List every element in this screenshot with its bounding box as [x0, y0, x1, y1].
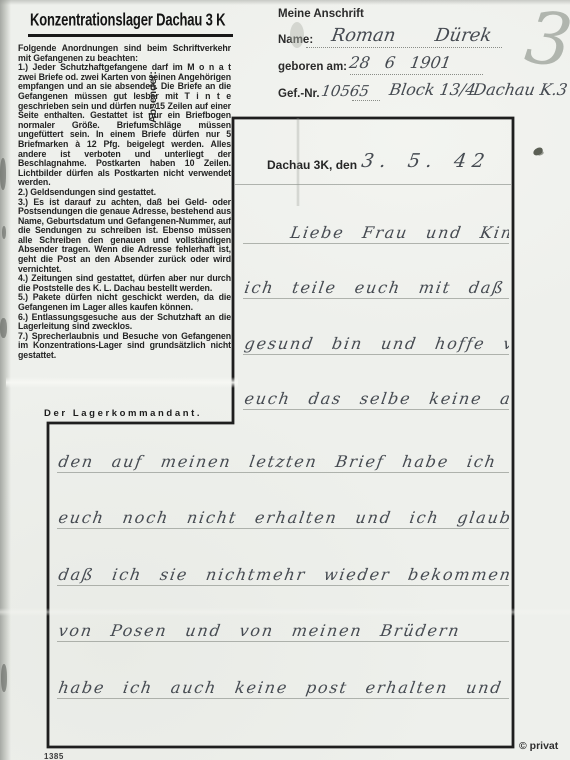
regulation-item-5: 5.) Pakete dürfen nicht geschickt werden…	[18, 293, 231, 312]
date-handwritten-value: 3. 5. 42	[360, 150, 492, 172]
ink-speck	[532, 147, 544, 157]
camp-handwritten: Dachau K.3	[472, 80, 569, 99]
letter-line: ich teile euch mit daß ich	[243, 264, 509, 299]
scan-blemish	[1, 664, 7, 692]
photo-credit: © privat	[519, 740, 558, 752]
number-dotted-line	[352, 100, 380, 101]
letter-line: daß ich sie nichtmehr wieder bekommen	[57, 551, 509, 586]
handwritten-text: habe ich auch keine post erhalten und	[57, 678, 504, 698]
absender-vertical-label: Absender:	[147, 112, 225, 123]
prisoner-number-label: Gef.-Nr.	[278, 88, 320, 100]
letter-line: habe ich auch keine post erhalten und	[57, 664, 509, 699]
born-dotted-line	[350, 74, 483, 75]
paper-crease	[6, 377, 238, 388]
scan-edge-shadow-top	[0, 0, 570, 5]
pencil-page-mark: 3	[521, 0, 570, 84]
handwritten-text: daß ich sie nichtmehr wieder bekommen	[57, 565, 509, 585]
form-number: 1385	[44, 752, 64, 760]
paper-stain	[290, 22, 304, 48]
letterhead-title: Konzentrationslager Dachau 3 K	[30, 11, 223, 31]
handwritten-text: Liebe Frau und Kinder	[243, 223, 509, 243]
date-printed-label: Dachau 3K, den	[267, 158, 357, 172]
regulation-item-1: 1.) Jeder Schutzhaftgefangene darf im M …	[18, 63, 231, 188]
prisoner-number-handwritten: 10565	[320, 82, 371, 100]
regulations-text: Folgende Anordnungen sind beim Schriftve…	[18, 44, 231, 361]
handwritten-text: ich teile euch mit daß ich	[243, 278, 509, 298]
regulation-item-3: 3.) Es ist darauf zu achten, daß bei Gel…	[18, 198, 231, 275]
handwritten-text: von Posen und von meinen Brüdern	[57, 621, 462, 641]
scan-edge-shadow	[0, 0, 11, 760]
sender-form-heading: Meine Anschrift	[278, 8, 364, 20]
regulation-item-6: 6.) Entlassungsgesuche aus der Schutzhaf…	[18, 313, 231, 332]
handwritten-text: euch noch nicht erhalten und ich glaube	[57, 508, 509, 528]
title-underline	[28, 34, 233, 37]
name-handwritten-value: Roman Dürek	[330, 25, 493, 46]
scan-blemish	[0, 158, 6, 190]
handwritten-text: den auf meinen letzten Brief habe ich vo…	[57, 452, 509, 472]
letter-line: gesund bin und hoffe von	[243, 320, 509, 355]
regulations-intro: Folgende Anordnungen sind beim Schriftve…	[18, 44, 231, 63]
commandant-signature: Der Lagerkommandant.	[44, 408, 202, 419]
born-handwritten-value: 28 6 1901	[348, 53, 452, 72]
scan-blemish	[2, 226, 6, 239]
letter-line: den auf meinen letzten Brief habe ich vo…	[57, 438, 509, 473]
regulation-item-7: 7.) Sprecherlaubnis und Besuche von Gefa…	[18, 332, 231, 361]
letter-line: euch noch nicht erhalten und ich glaube	[57, 494, 509, 529]
letter-line: von Posen und von meinen Brüdern	[57, 607, 509, 642]
scan-blemish	[0, 318, 7, 338]
block-handwritten: Block 13/4	[388, 80, 477, 99]
name-dotted-line	[306, 47, 502, 48]
handwritten-text: gesund bin und hoffe von	[243, 334, 509, 354]
born-label: geboren am:	[278, 61, 347, 73]
date-rule	[235, 184, 511, 185]
regulation-item-4: 4.) Zeitungen sind gestattet, dürfen abe…	[18, 274, 231, 293]
handwritten-text: euch das selbe keine antwort	[243, 389, 509, 409]
letter-line: euch das selbe keine antwort	[243, 375, 509, 410]
scanned-letter-page: Konzentrationslager Dachau 3 K Folgende …	[0, 0, 570, 760]
letter-line: Liebe Frau und Kinder	[243, 209, 509, 244]
